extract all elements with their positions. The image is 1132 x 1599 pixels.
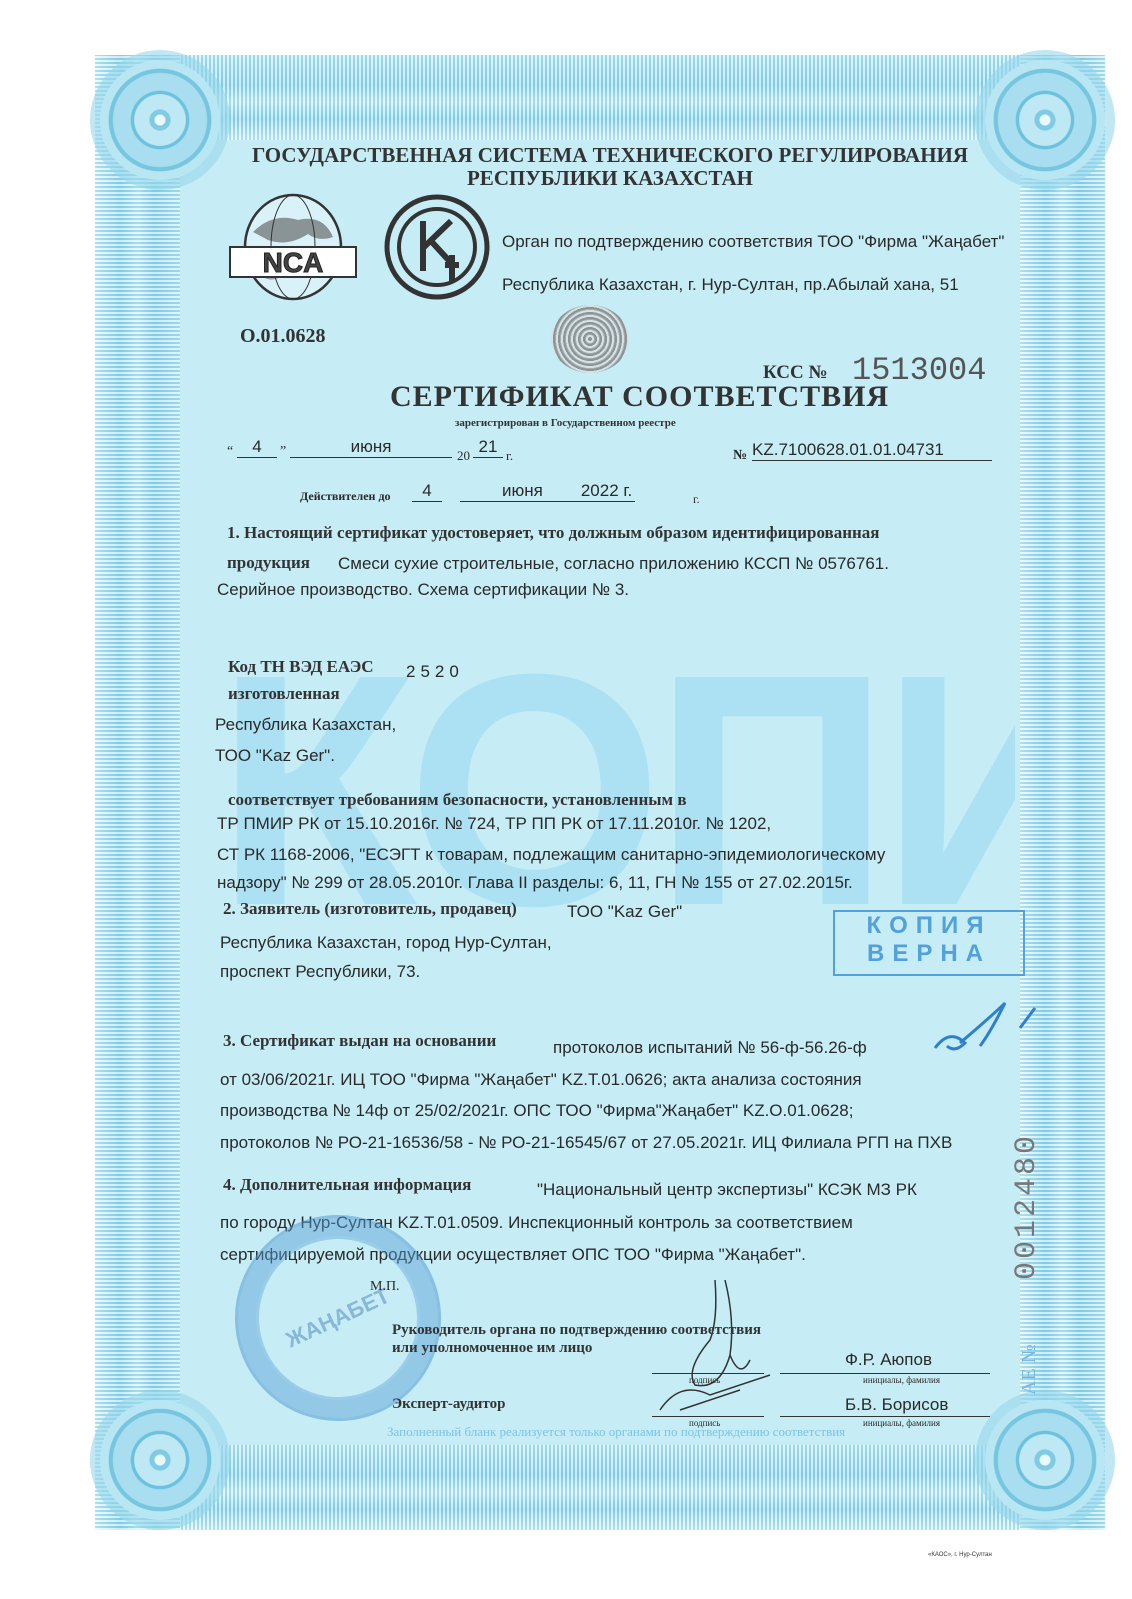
head-name-caption: инициалы, фамилия	[863, 1375, 940, 1385]
complies-label: соответствует требованиям безопасности, …	[228, 790, 687, 810]
nca-logo-icon: NCA	[228, 192, 358, 312]
expert-name-line	[780, 1416, 990, 1417]
section3-line2: от 03/06/2021г. ИЦ ТОО "Фирма "Жаңабет" …	[220, 1070, 862, 1090]
section1-heading: 1. Настоящий сертификат удостоверяет, чт…	[227, 523, 879, 543]
head-signature-line	[652, 1373, 764, 1374]
serial-label: АЕ №	[1018, 1344, 1041, 1395]
head-label-line2: или уполномоченное им лицо	[392, 1340, 592, 1357]
certification-body-code: О.01.0628	[240, 325, 326, 348]
registered-note: зарегистрирован в Государственном реестр…	[455, 417, 676, 429]
expert-label: Эксперт-аудитор	[392, 1396, 505, 1413]
initials-signature-icon	[925, 998, 1045, 1058]
certificate-title: СЕРТИФИКАТ СООТВЕТСТВИЯ	[390, 380, 889, 414]
expert-name: Б.В. Борисов	[845, 1395, 948, 1415]
svg-text:NCA: NCA	[263, 247, 324, 278]
head-name: Ф.Р. Аюпов	[845, 1350, 932, 1370]
mp-label: М.П.	[370, 1279, 400, 1295]
product-line2: Серийное производство. Схема сертификаци…	[217, 580, 629, 600]
manufactured-label: изготовленная	[228, 684, 340, 704]
valid-date: июня2022 г.	[460, 481, 635, 502]
requirement-line: СТ РК 1168-2006, "ЕСЭГТ к товарам, подле…	[217, 845, 885, 865]
section3-line3: производства № 14ф от 25/02/2021г. ОПС Т…	[220, 1101, 853, 1121]
applicant-address-line2: проспект Республики, 73.	[220, 962, 420, 982]
expert-signature-line	[652, 1416, 764, 1417]
tn-ved-value: 2520	[406, 662, 464, 682]
copy-verified-stamp: КОПИЯ ВЕРНА	[833, 910, 1025, 976]
valid-year: 2022 г.	[581, 481, 632, 500]
kt-logo-icon	[383, 193, 491, 301]
stamp-line1: КОПИЯ	[835, 912, 1023, 940]
reg-year-prefix: 20	[457, 448, 470, 464]
valid-year-suffix: г.	[693, 492, 700, 507]
manufacturer-line2: ТОО "Kaz Ger".	[215, 746, 335, 766]
hologram-icon	[551, 305, 629, 373]
section3-line1: протоколов испытаний № 56-ф-56.26-ф	[553, 1038, 867, 1058]
product-label: продукция	[227, 553, 310, 573]
valid-day: 4	[412, 481, 442, 502]
rosette-bottom-left-icon	[100, 1400, 220, 1520]
section4-heading: 4. Дополнительная информация	[223, 1175, 471, 1195]
product-value: Смеси сухие строительные, согласно прило…	[338, 554, 889, 574]
footer-note: Заполненный бланк реализуется только орг…	[387, 1424, 845, 1440]
border-left	[95, 55, 180, 1530]
border-bottom	[95, 1445, 1105, 1530]
section4-line1: "Национальный центр экспертизы" КСЭК МЗ …	[537, 1180, 917, 1200]
certification-body-address: Республика Казахстан, г. Нур-Султан, пр.…	[502, 275, 959, 295]
reg-number-label: №	[733, 448, 747, 464]
requirement-line: надзору" № 299 от 28.05.2010г. Глава II …	[217, 873, 853, 893]
head-name-line	[780, 1373, 990, 1374]
head-signature-caption: подпись	[689, 1375, 720, 1385]
reg-year: 21	[473, 437, 503, 458]
tn-ved-label: Код ТН ВЭД ЕАЭС	[228, 657, 374, 677]
border-top	[95, 55, 1105, 140]
head-signature-icon	[640, 1260, 790, 1430]
stamp-line2: ВЕРНА	[835, 940, 1023, 968]
section3-line4: протоколов № РО-21-16536/58 - № РО-21-16…	[220, 1133, 952, 1153]
certification-body-name: Орган по подтверждению соответствия ТОО …	[502, 232, 1004, 252]
quote-open: “	[227, 444, 233, 460]
serial-number: 0012480	[1010, 1133, 1044, 1280]
requirement-line: ТР ПМИР РК от 15.10.2016г. № 724, ТР ПП …	[217, 814, 771, 834]
reg-number: KZ.7100628.01.01.04731	[752, 440, 992, 461]
section3-heading: 3. Сертификат выдан на основании	[223, 1031, 496, 1051]
printer-imprint: «КАОС», г. Нур-Султан	[928, 1552, 992, 1558]
expert-name-caption: инициалы, фамилия	[863, 1418, 940, 1428]
valid-month: июня	[502, 481, 543, 500]
applicant-name: ТОО "Kaz Ger"	[567, 902, 682, 922]
rosette-bottom-right-icon	[985, 1400, 1105, 1520]
reg-day: 4	[237, 437, 277, 458]
applicant-address-line1: Республика Казахстан, город Нур-Султан,	[220, 933, 552, 953]
reg-year-suffix: г.	[506, 448, 513, 464]
section2-heading: 2. Заявитель (изготовитель, продавец)	[223, 899, 517, 919]
header-line2: РЕСПУБЛИКИ КАЗАХСТАН	[200, 166, 1020, 191]
quote-close: ”	[280, 444, 286, 460]
header-line1: ГОСУДАРСТВЕННАЯ СИСТЕМА ТЕХНИЧЕСКОГО РЕГ…	[200, 143, 1020, 168]
reg-month: июня	[290, 437, 452, 458]
manufacturer-line1: Республика Казахстан,	[215, 715, 396, 735]
border-right	[1020, 55, 1105, 1530]
valid-label: Действителен до	[300, 489, 391, 504]
